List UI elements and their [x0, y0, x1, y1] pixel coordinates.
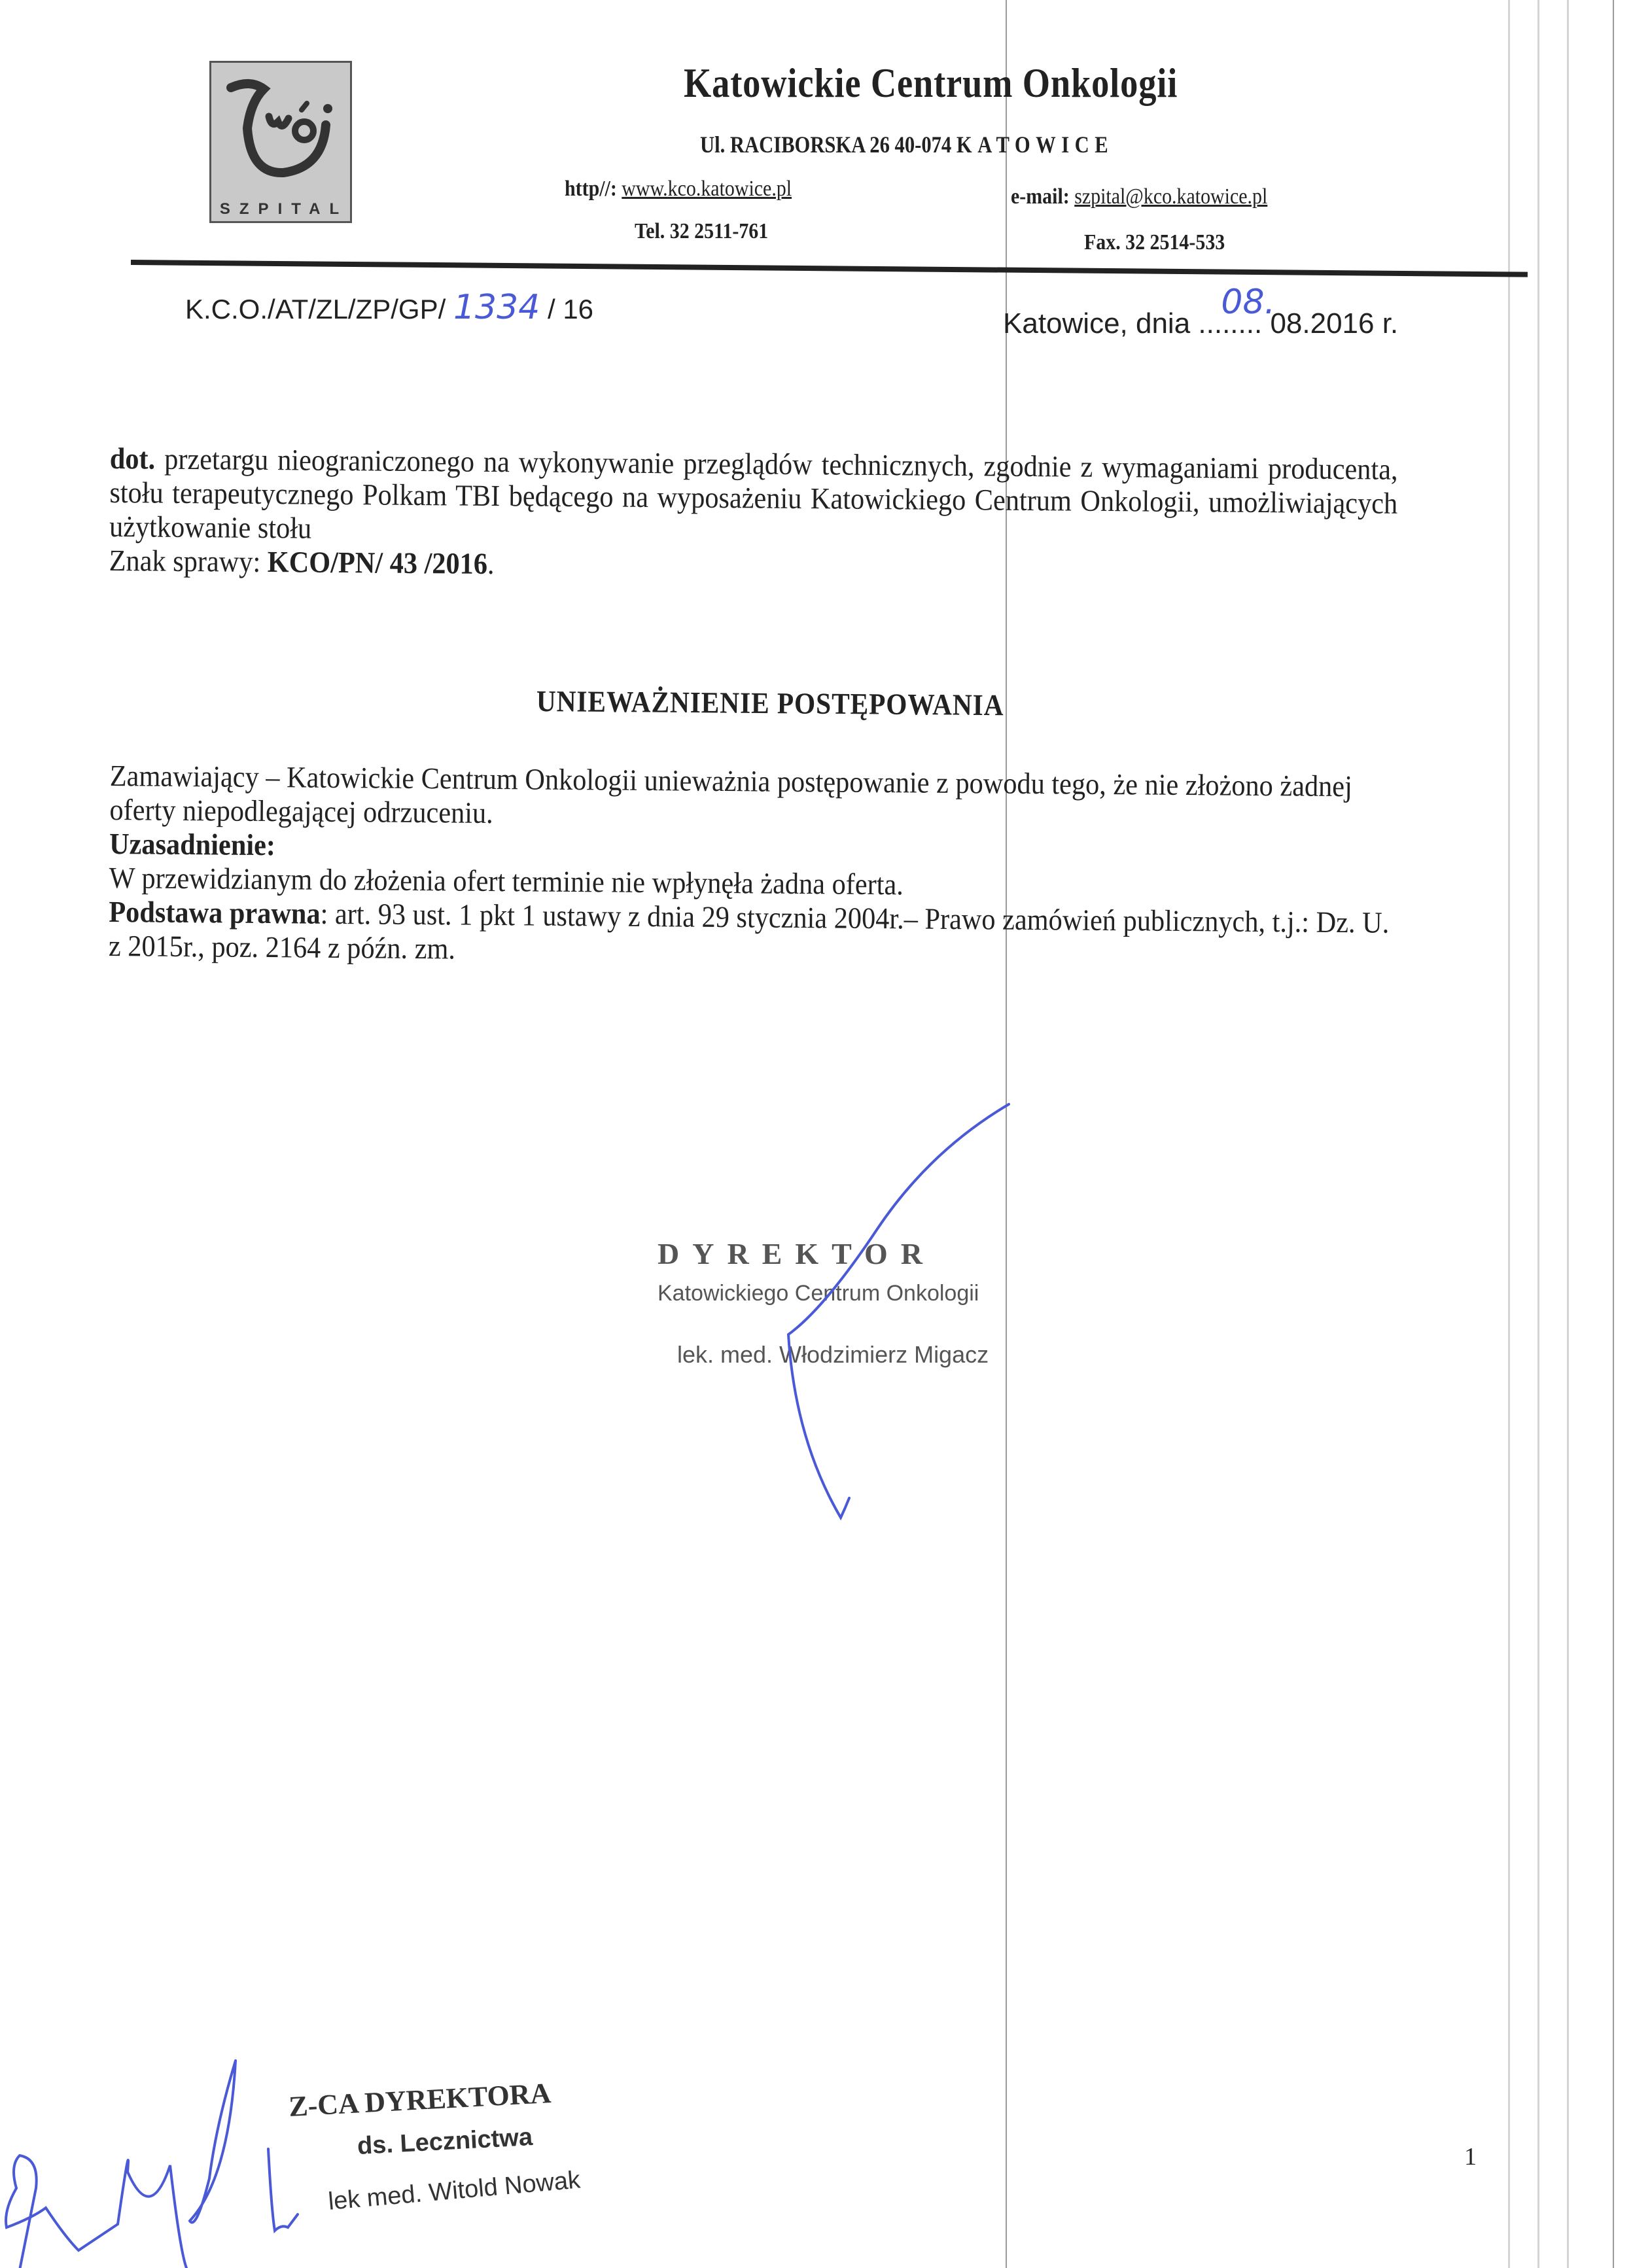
organization-name: Katowickie Centrum Onkologii	[684, 59, 1178, 107]
website-label: http//:	[565, 177, 617, 201]
scan-artifact-line	[1537, 0, 1539, 2268]
handwritten-signatures	[0, 0, 1633, 2268]
date-line: Katowice, dnia ........ 08. 08.2016 r.	[1003, 307, 1398, 340]
fax-number: Fax. 32 2514-533	[1084, 230, 1225, 255]
date-rest: 08.2016 r.	[1270, 307, 1398, 340]
address-street: Ul. RACIBORSKA 26 40-074	[700, 131, 951, 158]
director-signature-icon	[788, 1104, 1009, 1518]
decision-text: Zamawiający – Katowickie Centrum Onkolog…	[109, 759, 1397, 838]
subject-paragraph: dot. przetargu nieograniczonego na wykon…	[109, 442, 1397, 589]
website: http//: www.kco.katowice.pl	[565, 177, 792, 201]
header-divider	[131, 260, 1528, 277]
hospital-logo: SZPITAL	[209, 61, 352, 223]
email-label: e-mail:	[1011, 184, 1070, 209]
scan-artifact-line	[1613, 0, 1614, 2268]
scan-artifact-line	[1006, 0, 1007, 2268]
case-number: KCO/PN/ 43 /2016	[268, 545, 488, 580]
logo-caption: SZPITAL	[211, 200, 350, 218]
deputy-stamp-title: Z-CA DYREKTORA	[288, 2076, 552, 2123]
reference-number: K.C.O./AT/ZL/ZP/GP/ 1334 / 16	[185, 288, 593, 327]
justification-label: Uzasadnienie:	[109, 827, 275, 862]
phone-number: Tel. 32 2511-761	[635, 219, 768, 244]
website-link[interactable]: www.kco.katowice.pl	[622, 177, 792, 201]
email-link[interactable]: szpital@kco.katowice.pl	[1074, 184, 1267, 209]
address-city: KATOWICE	[957, 131, 1114, 158]
case-label: Znak sprawy:	[109, 544, 261, 578]
scan-artifact-line	[1567, 0, 1569, 2268]
legal-basis-label: Podstawa prawna	[109, 895, 321, 930]
initials-signature-icon	[6, 2160, 186, 2268]
date-prefix: Katowice, dnia	[1003, 307, 1190, 340]
address: Ul. RACIBORSKA 26 40-074 KATOWICE	[700, 131, 1114, 158]
document-title: UNIEWAŻNIENIE POSTĘPOWANIA	[536, 684, 1004, 722]
director-stamp-name: lek. med. Włodzimierz Migacz	[677, 1341, 989, 1369]
reference-prefix: K.C.O./AT/ZL/ZP/GP/	[185, 294, 446, 324]
date-handwritten-day: 08.	[1221, 283, 1275, 322]
director-stamp-subtitle: Katowickiego Centrum Onkologii	[658, 1281, 979, 1306]
scan-artifact-line	[1508, 0, 1510, 2268]
page-number: 1	[1464, 2142, 1477, 2171]
case-end: .	[487, 547, 495, 580]
decision-section: Zamawiający – Katowickie Centrum Onkolog…	[109, 759, 1398, 974]
deputy-stamp-subtitle: ds. Lecznictwa	[357, 2123, 533, 2161]
reference-handwritten-number: 1334	[453, 288, 540, 327]
subject-lead: dot.	[110, 442, 156, 476]
deputy-signature-icon	[190, 2061, 236, 2222]
deputy-stamp-name: lek med. Witold Nowak	[327, 2166, 582, 2216]
email: e-mail: szpital@kco.katowice.pl	[1011, 184, 1267, 209]
subject-text: przetargu nieograniczonego na wykonywani…	[109, 442, 1398, 545]
reference-suffix: / 16	[548, 294, 593, 324]
director-stamp-title: DYREKTOR	[658, 1236, 936, 1271]
twoj-logo-icon	[211, 63, 350, 194]
